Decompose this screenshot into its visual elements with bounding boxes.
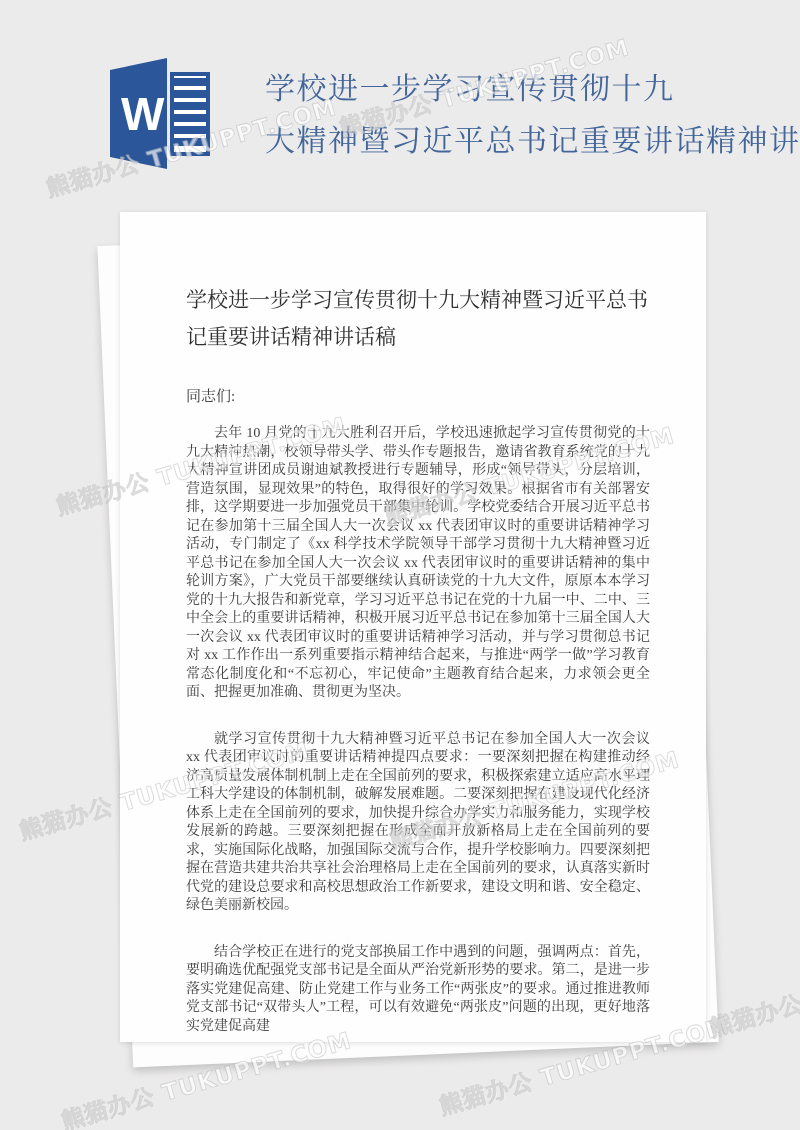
document-paragraph: 结合学校正在进行的党支部换届工作中遇到的问题，强调两点：首先，要明确选优配强党支… <box>186 944 650 1037</box>
brand-watermark: 熊猫办公 TUKUPPT.COM <box>705 929 800 1044</box>
document-preview-page: W 学校进一步学习宣传贯彻十九 大精神暨习近平总书记重要讲话精神讲话稿 学校进一… <box>0 0 800 1130</box>
preview-title: 学校进一步学习宣传贯彻十九 大精神暨习近平总书记重要讲话精神讲话稿 <box>265 64 800 168</box>
document-paragraph: 去年 10 月党的十九大胜利召开后，学校迅速掀起学习宣传贯彻党的十九大精神热潮，… <box>186 425 650 703</box>
word-file-icon: W <box>110 56 212 174</box>
document-greeting: 同志们: <box>186 388 650 407</box>
word-icon-letter: W <box>121 88 165 140</box>
preview-title-line1: 学校进一步学习宣传贯彻十九 <box>265 64 800 116</box>
preview-title-line2: 大精神暨习近平总书记重要讲话精神讲话稿 <box>265 116 800 168</box>
document-paragraph: 就学习宣传贯彻十九大精神暨习近平总书记在参加全国人大一次会议 xx 代表团审议时… <box>186 731 650 916</box>
document-body: 去年 10 月党的十九大胜利召开后，学校迅速掀起学习宣传贯彻党的十九大精神热潮，… <box>186 425 650 1036</box>
document-page: 学校进一步学习宣传贯彻十九大精神暨习近平总书记重要讲话精神讲话稿 同志们: 去年… <box>120 212 706 1042</box>
document-title: 学校进一步学习宣传贯彻十九大精神暨习近平总书记重要讲话精神讲话稿 <box>186 282 650 356</box>
